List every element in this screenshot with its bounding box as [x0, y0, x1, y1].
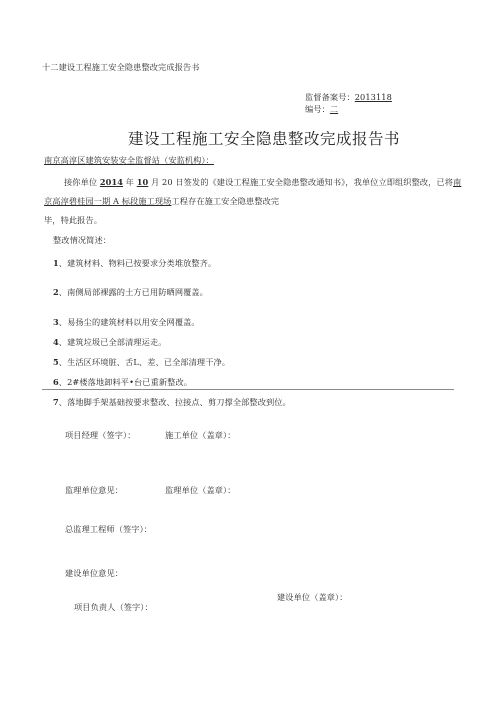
filing-number-line: 监督备案号：2013118	[305, 92, 392, 103]
filing-label: 监督备案号：	[305, 92, 355, 102]
top-caption: 十二建设工程施工安全隐患整改完成报告书	[42, 62, 199, 73]
list-item: 2、南侧局部裸露的土方已用防晒网覆盖。	[53, 287, 208, 298]
serial-label: 编号：	[305, 104, 330, 114]
list-item: 1、建筑材料、物料已按要求分类堆放整齐。	[53, 258, 216, 269]
list-item: 4、建筑垃圾已全部清理运走。	[53, 337, 167, 348]
filing-number: 2013118	[355, 92, 392, 102]
body-paragraph-line2: 京高淳碧桂园一期 A 标段施工现场工程存在施工安全隐患整改完	[44, 196, 279, 207]
list-item: 3、易扬尘的建筑材料以用安全网覆盖。	[53, 317, 200, 328]
list-item: 5、生活区环境脏、舌L、差、已全部清理干净。	[53, 357, 230, 368]
divider-line	[42, 389, 454, 390]
list-item: 7、落地脚手架基础按要求整改、拉接点、剪刀撑全部整改到位。	[53, 397, 291, 408]
item-text: 、2#楼落地卸料平•台已重新整改。	[59, 377, 192, 387]
serial-number-line: 编号：二	[305, 104, 338, 115]
owner-opinion: 建设单位意见：	[65, 568, 123, 579]
text: 月 20 日签发的《建设工程施工安全隐患整改通知书》，我单位立即组织整改，已将	[148, 177, 453, 187]
text: 南	[453, 177, 461, 187]
notice-month: 10	[137, 177, 149, 187]
serial-number: 二	[330, 104, 338, 114]
item-text: 、生活区环境脏、舌L、差、已全部清理干净。	[59, 357, 230, 367]
chief-supervisor-signature: 总监理工程师（签字）：	[65, 524, 152, 535]
summary-heading: 整改情况简述：	[53, 235, 111, 246]
project-site: 京高淳碧桂园一期 A 标段施工现场	[44, 196, 171, 206]
item-text: 、落地脚手架基础按要求整改、拉接点、剪刀撑全部整改到位。	[59, 397, 291, 407]
item-text: 、建筑垃圾已全部清理运走。	[59, 337, 167, 347]
text: 年	[123, 177, 137, 187]
addressee: 南京高淳区建筑安装安全监督站（安监机构）：	[44, 155, 214, 166]
notice-year: 2014	[100, 177, 123, 187]
list-item: 6、2#楼落地卸料平•台已重新整改。	[53, 377, 192, 388]
item-text: 、南侧局部裸露的土方已用防晒网覆盖。	[59, 287, 208, 297]
item-text: 、建筑材料、物料已按要求分类堆放整齐。	[59, 258, 216, 268]
project-lead-signature: 项目负责人（签字）：	[74, 602, 153, 613]
owner-unit-seal: 建设单位（盖章）：	[277, 592, 348, 603]
construction-unit-seal: 施工单位（盖章）：	[165, 430, 236, 441]
supervision-unit-seal: 监理单位（盖章）：	[165, 485, 236, 496]
text: 接你单位	[64, 177, 100, 187]
body-paragraph-line1: 接你单位 2014 年 10 月 20 日签发的《建设工程施工安全隐患整改通知书…	[64, 177, 461, 188]
document-title: 建设工程施工安全隐患整改完成报告书	[128, 127, 400, 149]
supervision-opinion: 监理单位意见：	[65, 485, 123, 496]
project-manager-signature: 项目经理（签字）：	[65, 430, 136, 441]
item-text: 、易扬尘的建筑材料以用安全网覆盖。	[59, 317, 200, 327]
text: 工程存在施工安全隐患整改完	[171, 196, 279, 206]
body-paragraph-line3: 毕，特此报告。	[44, 215, 102, 226]
